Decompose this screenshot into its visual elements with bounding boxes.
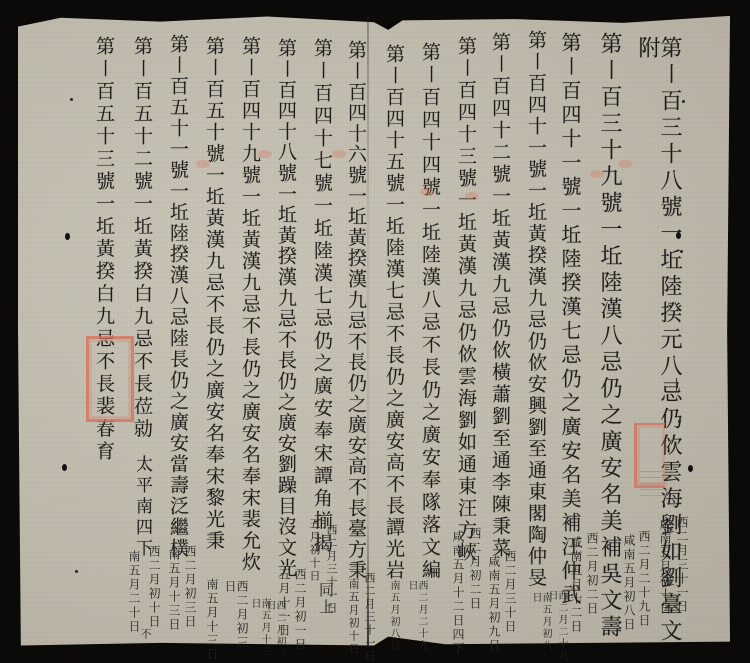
date-annotation: 西二月三十日	[504, 550, 516, 634]
date-annotation: 南五月初十日	[348, 578, 359, 656]
date-annotation: 不	[140, 628, 151, 641]
date-annotation: 西二月初三日	[184, 545, 196, 629]
entry-column-148: 第〡百四十八號一坵黃揆漢九忌不長仍之廣安劉躁目沒文光	[276, 38, 295, 579]
ink-dot	[75, 570, 78, 573]
date-annotation: 咸南五月初十日	[659, 518, 671, 616]
red-mark	[196, 160, 210, 168]
center-fold-seam	[367, 14, 369, 648]
date-annotation: 咸南五月初八日	[623, 534, 635, 632]
entry-column-139: 第〡百三十九號一坵陸漢八忌仍之廣安名美補吳文壽	[598, 32, 620, 642]
red-mark	[465, 192, 479, 200]
date-annotation: 西二月三十一日	[364, 572, 375, 663]
entry-column-151: 第〡百五十一號一坵陸揆漢八忌陸長仍之廣安當壽泛繼樸	[168, 34, 187, 559]
red-mark	[420, 188, 434, 196]
ink-dot	[70, 98, 73, 101]
date-annotation: 西二月初二日	[469, 527, 481, 611]
entry-column-140: 第〡百四十一號一坵陸揆漢七忌仍之廣安名美補汪仲武	[560, 32, 580, 608]
date-annotation: 西二月初一日	[294, 568, 306, 652]
date-annotation: 咸南五月初九日	[488, 555, 500, 653]
entry-column-149: 第〡百四十九號一坵黃漢九忌不長仍之廣安名奉宋裴允炊	[240, 36, 259, 574]
date-annotation: 南五月二十日	[128, 550, 140, 634]
date-annotation: 西二月二十九日	[406, 580, 426, 663]
binding-hole	[65, 233, 70, 240]
red-mark	[590, 170, 604, 178]
ink-tick	[676, 378, 677, 392]
ink-dot	[678, 420, 681, 423]
date-annotation: 南五月十三日	[206, 578, 218, 662]
binding-hole	[688, 465, 693, 472]
entry-column-150: 第〡百五十號一坵黃漢九忌不長仍之廣安名奉宋黎光秉	[204, 36, 223, 552]
entry-column-141: 第〡百四十一號一坵黃揆漢九忌仍佽安興劉至通東閣陶仲旻	[526, 30, 545, 589]
red-mark	[332, 150, 346, 158]
entry-column-147: 第〡百四十七號一坵陸漢七忌仍之廣安奉宋譚角揃揭	[312, 38, 331, 556]
entry-column-152: 第〡百五十二號一坵黃揆白九忌不長莅勍	[132, 36, 151, 441]
red-mark	[258, 150, 272, 158]
date-annotation: 南五月十三日	[249, 598, 269, 663]
date-annotation: 南五月初八日	[530, 592, 550, 663]
entry-column-142: 第〡百四十二號一坵黃漢九忌仍佽橫蕭劉至通李陳秉菜	[490, 32, 509, 560]
entry-column-144: 第〡百四十四號一坵陸漢八忌不長仍之廣安奉隊落文編	[420, 42, 439, 582]
date-annotation: 西二月初二日	[586, 532, 598, 616]
date-annotation: 西二月二十九日	[638, 530, 650, 628]
date-annotation: 西二月三十一日	[676, 516, 688, 614]
binding-hole	[676, 232, 681, 239]
date-annotation: 同上	[318, 582, 333, 616]
entry-column-143: 第〡百四十三號一坵黃漢九忌仍佽雲海劉如通東汪方峽	[456, 36, 475, 564]
date-annotation: 五月初十日	[309, 518, 320, 583]
date-annotation: 南五月十三日	[168, 548, 180, 632]
ink-dot	[682, 100, 685, 103]
entry-column-145: 第〡百四十五號一坵陸漢七忌不長仍之廣安高不長譚光岩	[384, 44, 403, 582]
entry-column-146: 第〡百四十六號一坵黃揆漢九忌不長仍之廣安高不長臺方秉	[346, 40, 365, 581]
red-mark	[618, 160, 632, 168]
date-annotation: 咸南五月十二日	[570, 536, 582, 634]
red-seal-right-lines	[640, 470, 668, 496]
binding-hole	[62, 464, 67, 471]
date-annotation: 咸南五月十二日四下	[452, 530, 464, 656]
date-annotation: 西二月初三日	[224, 580, 248, 663]
date-annotation: 南五月初八日	[388, 580, 398, 652]
date-annotation: 西二月初十日	[148, 545, 160, 629]
red-seal-left	[86, 336, 134, 422]
ink-dot	[680, 250, 683, 253]
